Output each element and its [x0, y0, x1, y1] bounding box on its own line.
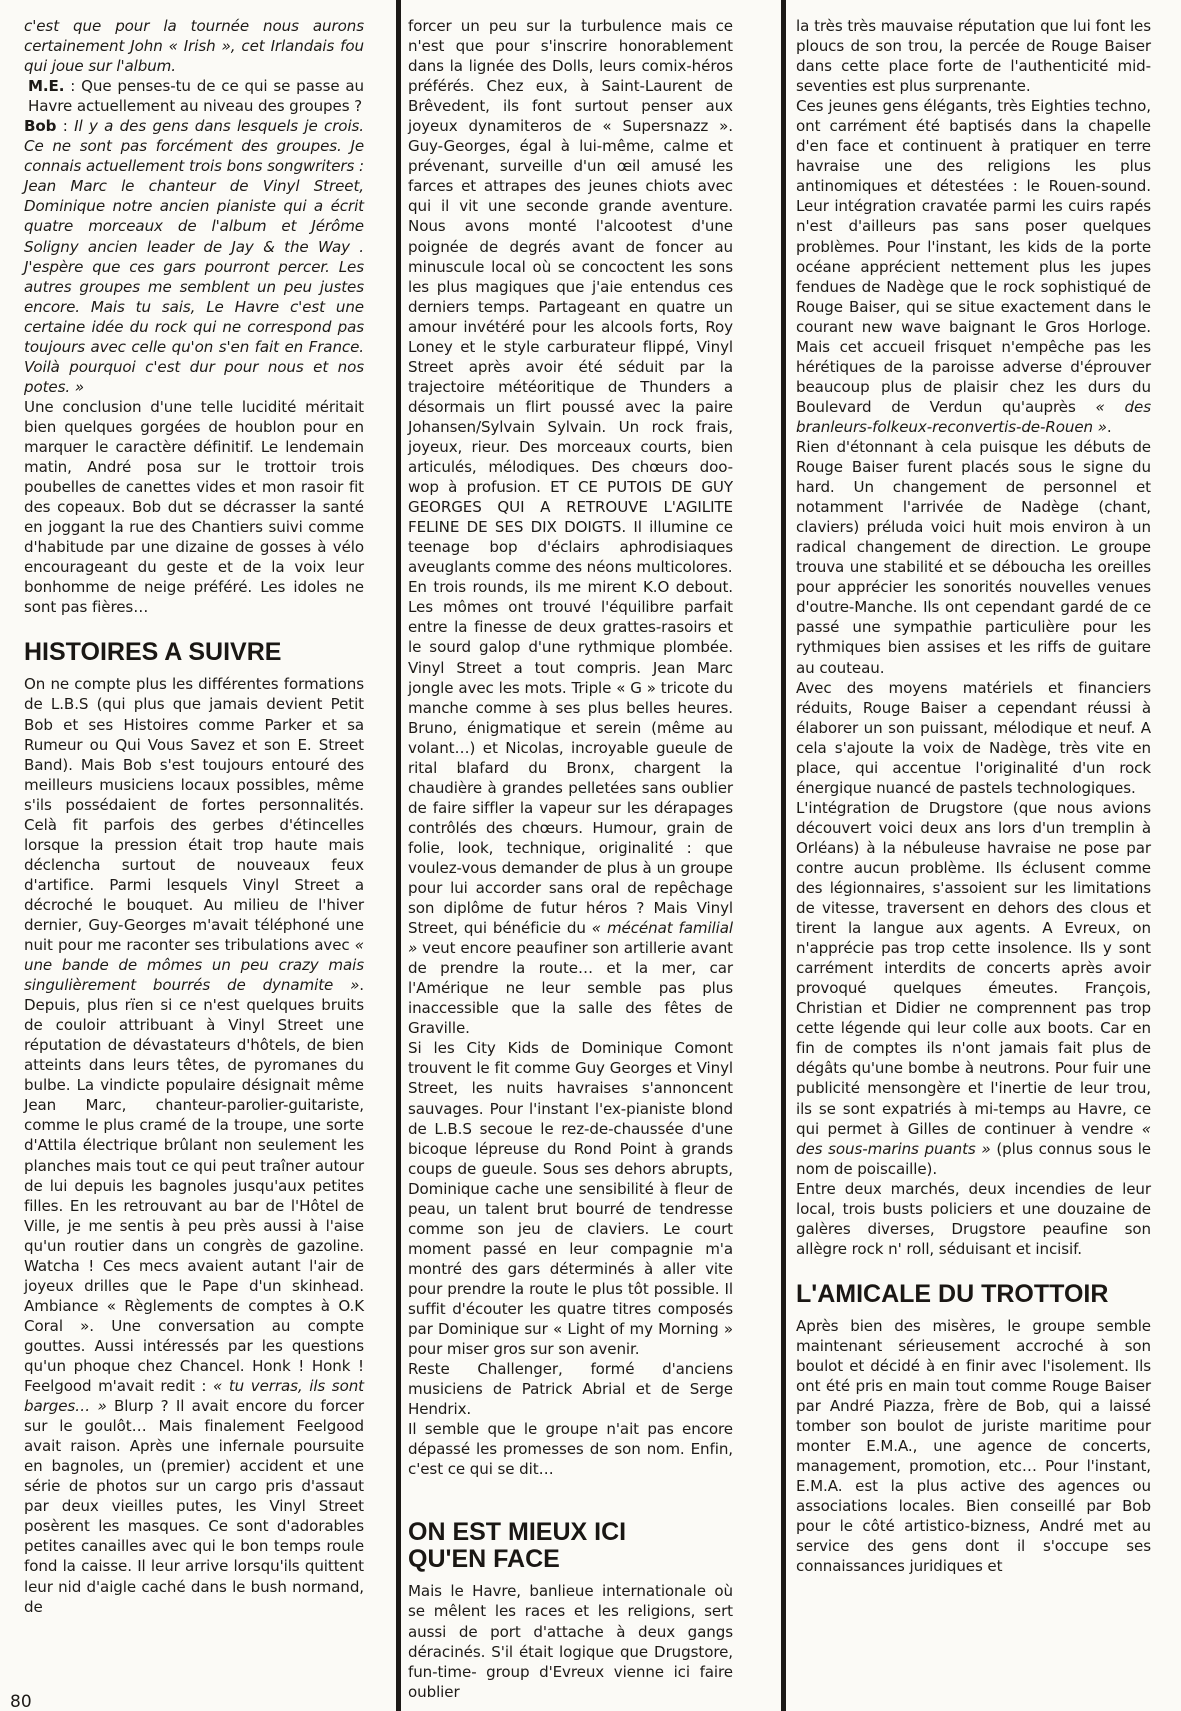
body-text: forcer un peu sur la turbulence mais ce … — [408, 17, 733, 576]
article-paragraph: L'intégration de Drugstore (que nous avi… — [796, 798, 1151, 1179]
body-text: Reste Challenger, formé d'anciens musici… — [408, 1360, 733, 1418]
article-paragraph: forcer un peu sur la turbulence mais ce … — [408, 16, 733, 577]
body-text: Si les City Kids de Dominique Comont tro… — [408, 1039, 733, 1358]
article-paragraph: Il semble que le groupe n'ait pas encore… — [408, 1419, 733, 1479]
article-paragraph: Reste Challenger, formé d'anciens musici… — [408, 1359, 733, 1419]
magazine-page: c'est que pour la tournée nous aurons ce… — [0, 0, 1181, 1711]
quoted-text: c'est que pour la tournée nous aurons ce… — [24, 17, 364, 75]
body-text: Avec des moyens matériels et financiers … — [796, 679, 1151, 797]
article-paragraph: Une conclusion d'une telle lucidité méri… — [24, 397, 364, 618]
section-heading-line: HISTOIRES A SUIVRE — [24, 639, 364, 666]
section-heading-line: ON EST MIEUX ICI — [408, 1519, 733, 1546]
body-text: Une conclusion d'une telle lucidité méri… — [24, 398, 364, 616]
body-text: Mais le Havre, banlieue internationale o… — [408, 1582, 733, 1700]
article-paragraph: En trois rounds, ils me mirent K.O debou… — [408, 577, 733, 1038]
body-text: . — [1107, 418, 1112, 436]
quoted-text: Il y a des gens dans lesquels je crois. … — [24, 117, 364, 396]
body-text: Après bien des misères, le groupe semble… — [796, 1317, 1151, 1576]
body-text: Il semble que le groupe n'ait pas encore… — [408, 1420, 733, 1478]
article-column-1: c'est que pour la tournée nous aurons ce… — [24, 16, 364, 1617]
article-paragraph: Entre deux marchés, deux incendies de le… — [796, 1179, 1151, 1259]
article-paragraph: On ne compte plus les différentes format… — [24, 674, 364, 1616]
page-number: 80 — [10, 1694, 32, 1711]
article-paragraph: Ces jeunes gens élégants, très Eighties … — [796, 96, 1151, 437]
section-heading: HISTOIRES A SUIVRE — [24, 639, 364, 666]
section-heading: L'AMICALE DU TROTTOIR — [796, 1281, 1151, 1308]
speaker-label: M.E. — [28, 77, 64, 95]
section-heading-line: QU'EN FACE — [408, 1546, 733, 1573]
article-paragraph: M.E. : Que penses-tu de ce qui se passe … — [24, 76, 364, 116]
body-text: : Que penses-tu de ce qui se passe au Ha… — [28, 77, 364, 115]
article-column-3: la très très mauvaise réputation que lui… — [796, 16, 1151, 1577]
body-text: On ne compte plus les différentes format… — [24, 675, 364, 954]
body-text: Entre deux marchés, deux incendies de le… — [796, 1180, 1151, 1258]
article-column-2: forcer un peu sur la turbulence mais ce … — [408, 16, 733, 1702]
body-text: la très très mauvaise réputation que lui… — [796, 17, 1151, 95]
body-text: Ces jeunes gens élégants, très Eighties … — [796, 97, 1151, 416]
body-text: Blurp ? Il avait encore du forcer sur le… — [24, 1397, 364, 1615]
article-paragraph: Avec des moyens matériels et financiers … — [796, 678, 1151, 798]
speaker-label: Bob — [24, 117, 56, 135]
body-text: . Depuis, plus rïen si ce n'est quelques… — [24, 976, 364, 1395]
article-paragraph: Bob : Il y a des gens dans lesquels je c… — [24, 116, 364, 397]
article-paragraph: c'est que pour la tournée nous aurons ce… — [24, 16, 364, 76]
body-text: En trois rounds, ils me mirent K.O debou… — [408, 578, 733, 937]
body-text: : — [56, 117, 74, 135]
article-paragraph: Si les City Kids de Dominique Comont tro… — [408, 1038, 733, 1359]
article-paragraph: la très très mauvaise réputation que lui… — [796, 16, 1151, 96]
body-text: L'intégration de Drugstore (que nous avi… — [796, 799, 1151, 1138]
column-rule-right — [781, 0, 786, 1711]
article-paragraph: Mais le Havre, banlieue internationale o… — [408, 1581, 733, 1701]
column-rule-left — [396, 0, 401, 1711]
section-heading-line: L'AMICALE DU TROTTOIR — [796, 1281, 1151, 1308]
article-paragraph: Rien d'étonnant à cela puisque les début… — [796, 437, 1151, 678]
body-text: veut encore peaufiner son artillerie ava… — [408, 939, 733, 1037]
section-heading: ON EST MIEUX ICIQU'EN FACE — [408, 1519, 733, 1573]
body-text: Rien d'étonnant à cela puisque les début… — [796, 438, 1151, 677]
article-paragraph: Après bien des misères, le groupe semble… — [796, 1316, 1151, 1577]
